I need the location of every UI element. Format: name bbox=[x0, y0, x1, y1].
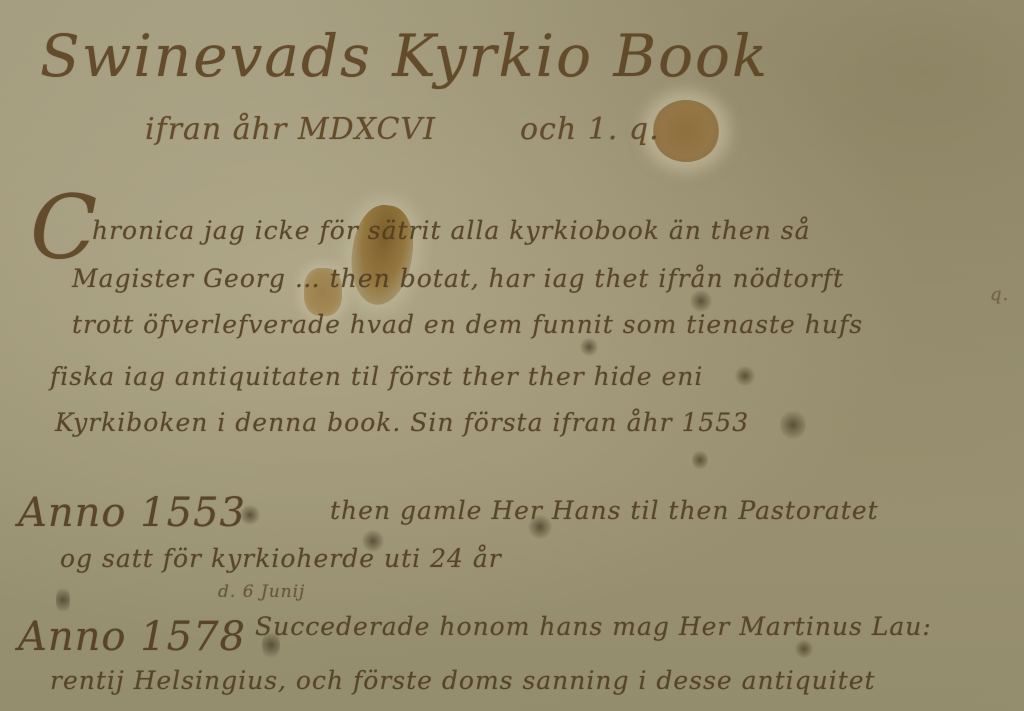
manuscript-page: Swinevads Kyrkio Book ifran åhr MDXCVI o… bbox=[0, 0, 1024, 711]
text-line: Magister Georg … then botat, har iag the… bbox=[72, 264, 844, 293]
manuscript-subtitle: ifran åhr MDXCVI bbox=[145, 112, 436, 147]
manuscript-title: Swinevads Kyrkio Book bbox=[40, 22, 769, 90]
ink-blot bbox=[690, 290, 712, 312]
text-line: Kyrkiboken i denna book. Sin första ifra… bbox=[55, 408, 749, 437]
entry-year-heading: Anno 1553 bbox=[18, 490, 246, 536]
ink-blot bbox=[580, 338, 598, 356]
text-line: fiska iag antiquitaten til först ther th… bbox=[50, 362, 703, 391]
burn-hole-stain bbox=[652, 100, 720, 162]
manuscript-subtitle-suffix: och 1. q. bbox=[520, 112, 660, 147]
ink-blot bbox=[780, 410, 806, 440]
ink-blot bbox=[795, 640, 813, 658]
text-line: trott öfverlefverade hvad en dem funnit … bbox=[72, 310, 863, 339]
entry-year-heading: Anno 1578 bbox=[18, 614, 246, 660]
text-line: rentij Helsingius, och förste doms sanni… bbox=[50, 666, 876, 695]
text-line: then gamle Her Hans til then Pastoratet bbox=[330, 496, 879, 525]
ink-blot bbox=[692, 450, 708, 470]
margin-note: q. bbox=[990, 284, 1009, 305]
text-line: hronica jag icke för sätrit alla kyrkiob… bbox=[92, 216, 811, 245]
text-line: og satt för kyrkioherde uti 24 år bbox=[60, 544, 502, 573]
text-line: Succederade honom hans mag Her Martinus … bbox=[255, 612, 932, 641]
interlinear-note: d. 6 Junij bbox=[218, 582, 305, 602]
ink-blot bbox=[735, 366, 755, 386]
ink-blot bbox=[56, 585, 70, 615]
